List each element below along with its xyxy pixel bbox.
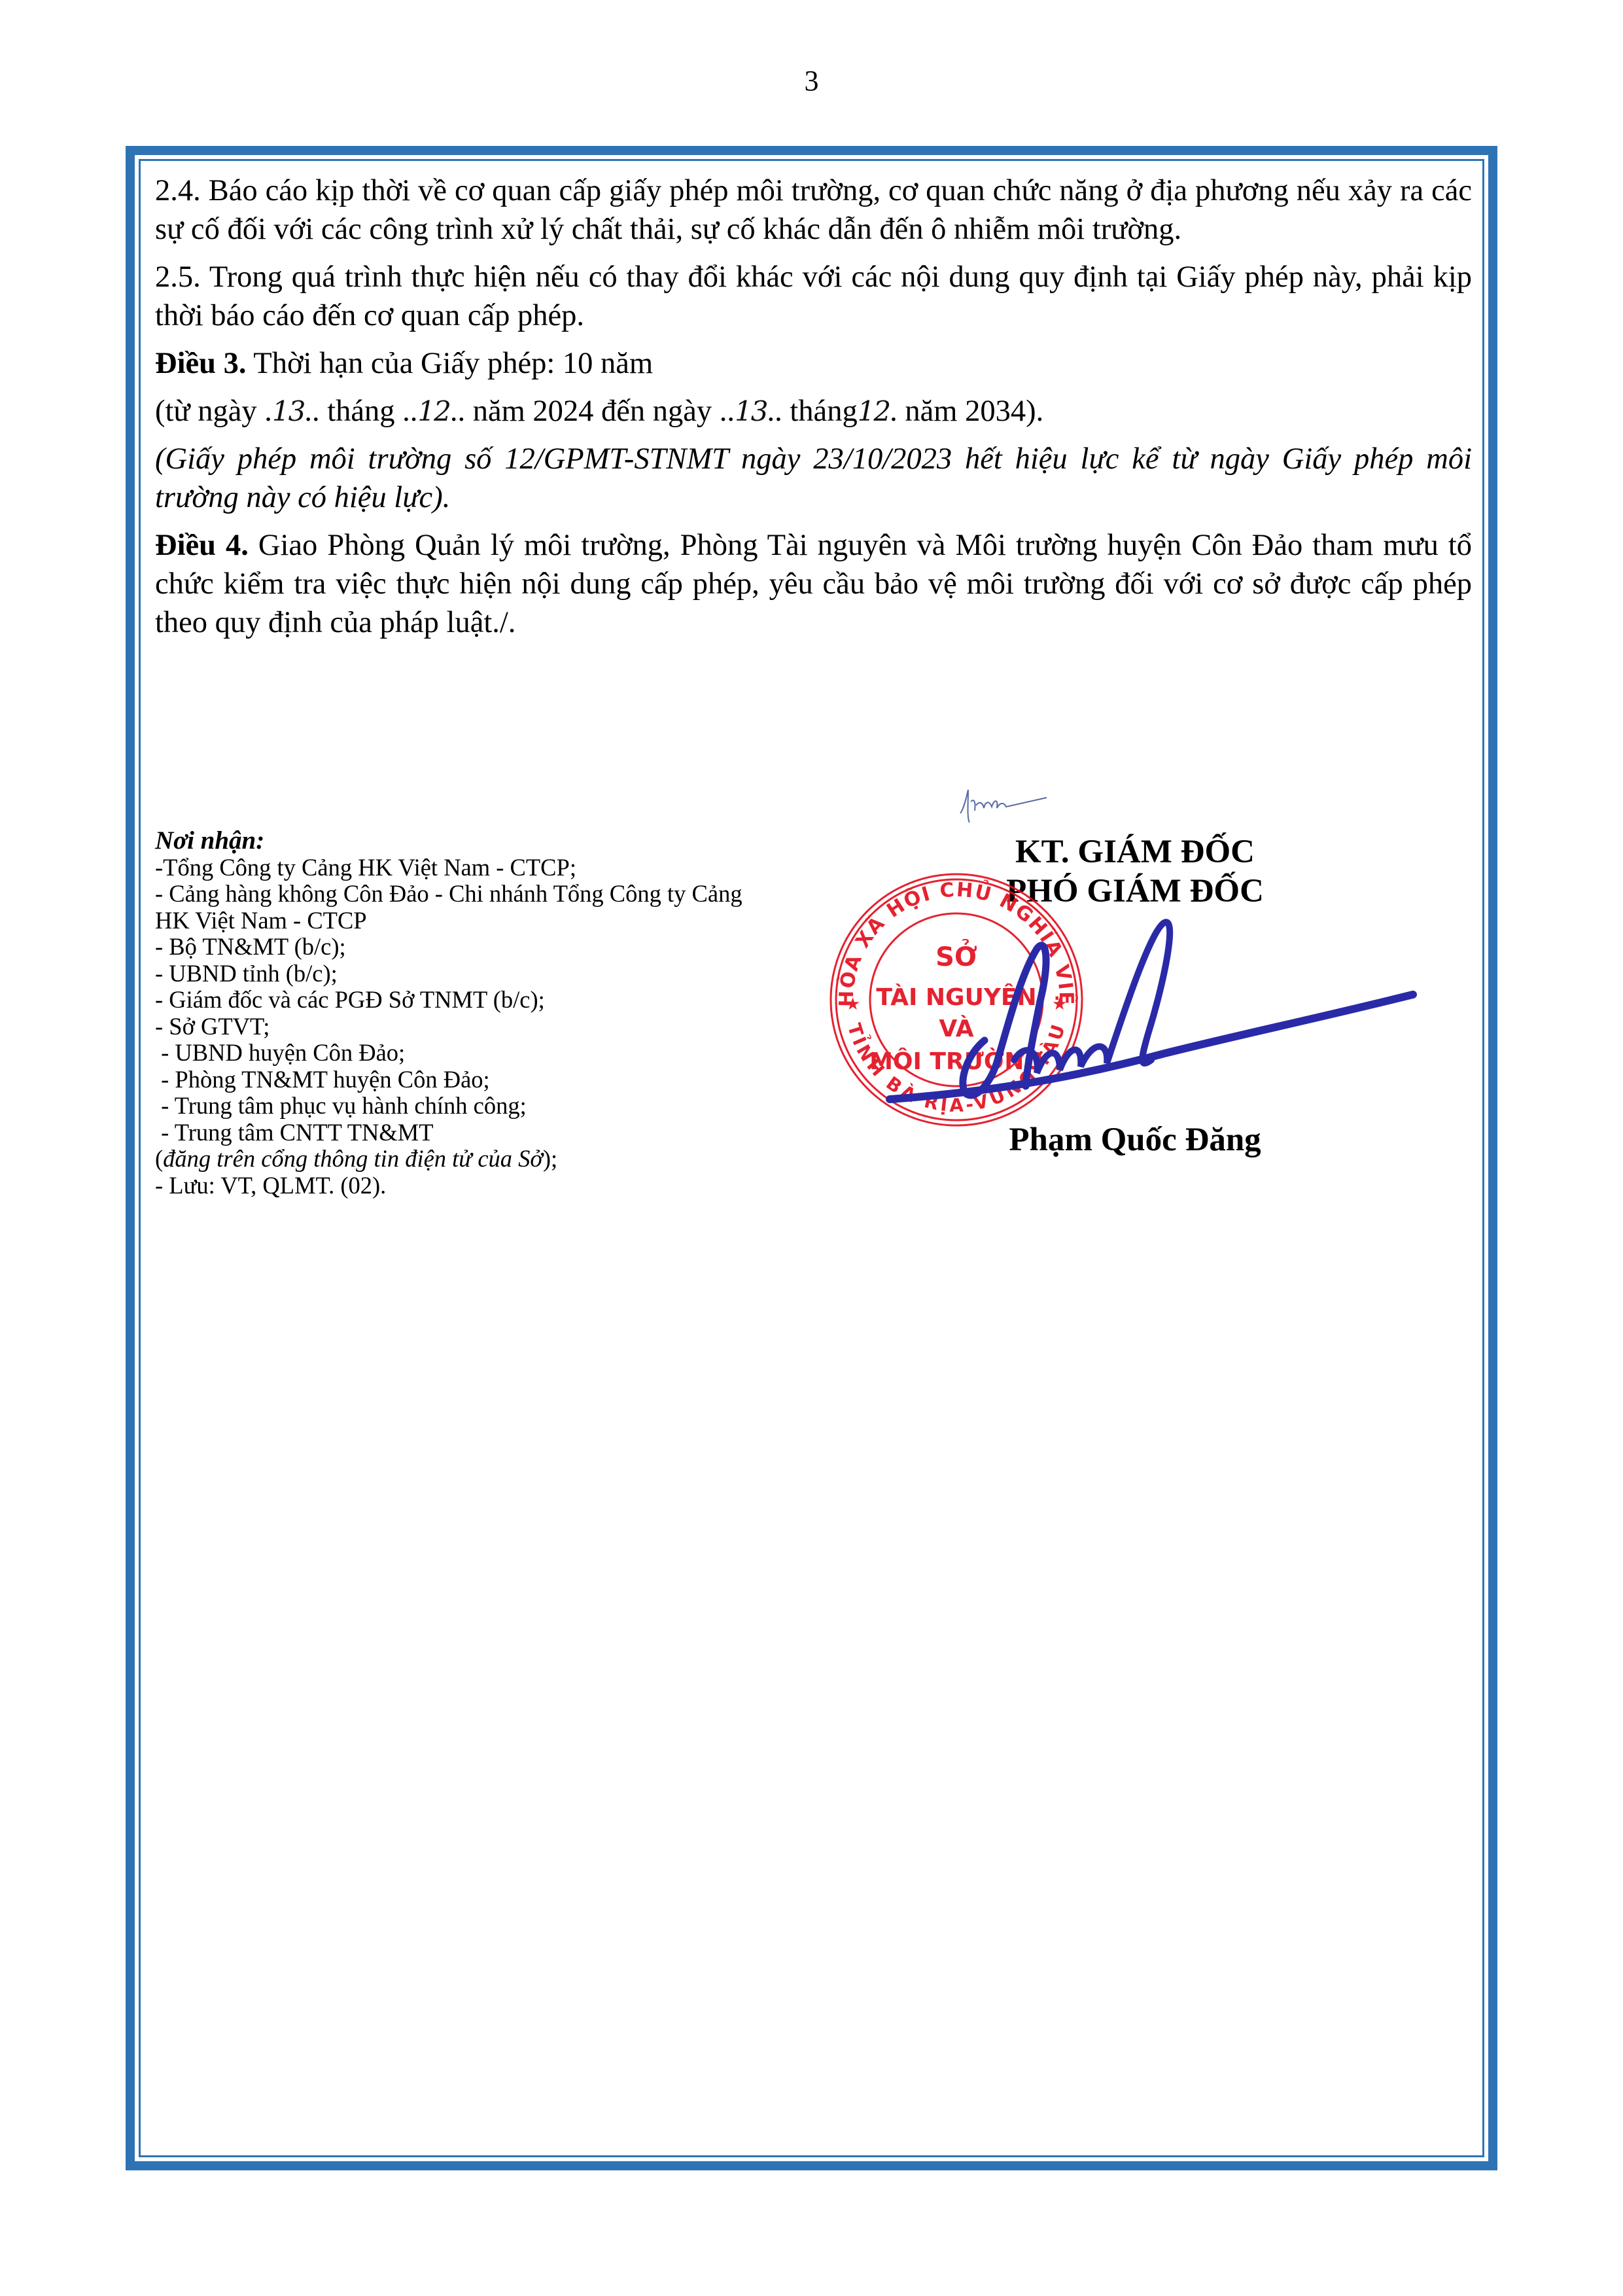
recipient-item: - Sở GTVT;	[155, 1014, 777, 1040]
recipient-item: - Trung tâm phục vụ hành chính công;	[155, 1093, 777, 1120]
recipient-item: - Phòng TN&MT huyện Côn Đảo;	[155, 1067, 777, 1093]
recipient-item: - Giám đốc và các PGĐ Sở TNMT (b/c);	[155, 987, 777, 1014]
recipient-item: - Bộ TN&MT (b/c);	[155, 934, 777, 961]
signer-role-1: KT. GIÁM ĐỐC	[942, 832, 1328, 872]
article-3-note: (Giấy phép môi trường số 12/GPMT-STNMT n…	[155, 440, 1472, 517]
note-paren: (	[155, 1145, 163, 1172]
clause-2-4: 2.4. Báo cáo kịp thời về cơ quan cấp giấ…	[155, 171, 1472, 249]
date-suffix: . năm 2034).	[890, 395, 1043, 428]
document-body: 2.4. Báo cáo kịp thời về cơ quan cấp giấ…	[155, 171, 1472, 651]
recipient-item: - Cảng hàng không Côn Đảo - Chi nhánh Tổ…	[155, 881, 777, 934]
from-month: 12	[417, 395, 449, 427]
article-4-label: Điều 4.	[155, 529, 249, 562]
initials-mark-icon	[955, 782, 1053, 828]
from-day: 13	[272, 395, 304, 427]
date-text: .. tháng ..	[304, 395, 417, 428]
article-4-text: Giao Phòng Quản lý môi trường, Phòng Tài…	[155, 529, 1472, 639]
article-4: Điều 4. Giao Phòng Quản lý môi trường, P…	[155, 526, 1472, 642]
recipient-item: - Trung tâm CNTT TN&MT	[155, 1120, 777, 1146]
handwritten-signature-icon	[850, 903, 1439, 1152]
article-3: Điều 3. Thời hạn của Giấy phép: 10 năm	[155, 344, 1472, 383]
recipient-item: - UBND huyện Côn Đảo;	[155, 1040, 777, 1067]
recipient-item: -Tổng Công ty Cảng HK Việt Nam - CTCP;	[155, 855, 777, 881]
recipient-note: (đăng trên cổng thông tin điện tử của Sở…	[155, 1146, 777, 1173]
article-3-text: Thời hạn của Giấy phép: 10 năm	[247, 347, 654, 380]
clause-2-5: 2.5. Trong quá trình thực hiện nếu có th…	[155, 258, 1472, 335]
article-3-label: Điều 3.	[155, 347, 247, 380]
article-3-dates: (từ ngày .13.. tháng ..12.. năm 2024 đến…	[155, 392, 1472, 431]
date-text: .. năm 2024 đến ngày ..	[450, 395, 735, 428]
recipients-block: Nơi nhận: -Tổng Công ty Cảng HK Việt Nam…	[155, 828, 777, 1199]
recipients-title: Nơi nhận:	[155, 828, 777, 855]
recipients-list: -Tổng Công ty Cảng HK Việt Nam - CTCP;- …	[155, 855, 777, 1146]
page-number: 3	[0, 63, 1623, 99]
note-italic: đăng trên cổng thông tin điện tử của Sở	[163, 1145, 543, 1172]
recipient-item: - UBND tỉnh (b/c);	[155, 961, 777, 987]
date-text: .. tháng	[767, 395, 858, 428]
note-paren: );	[543, 1145, 557, 1172]
to-month: 12	[858, 395, 890, 427]
recipient-archive: - Lưu: VT, QLMT. (02).	[155, 1173, 777, 1199]
to-day: 13	[735, 395, 767, 427]
date-prefix: (từ ngày .	[155, 395, 272, 428]
